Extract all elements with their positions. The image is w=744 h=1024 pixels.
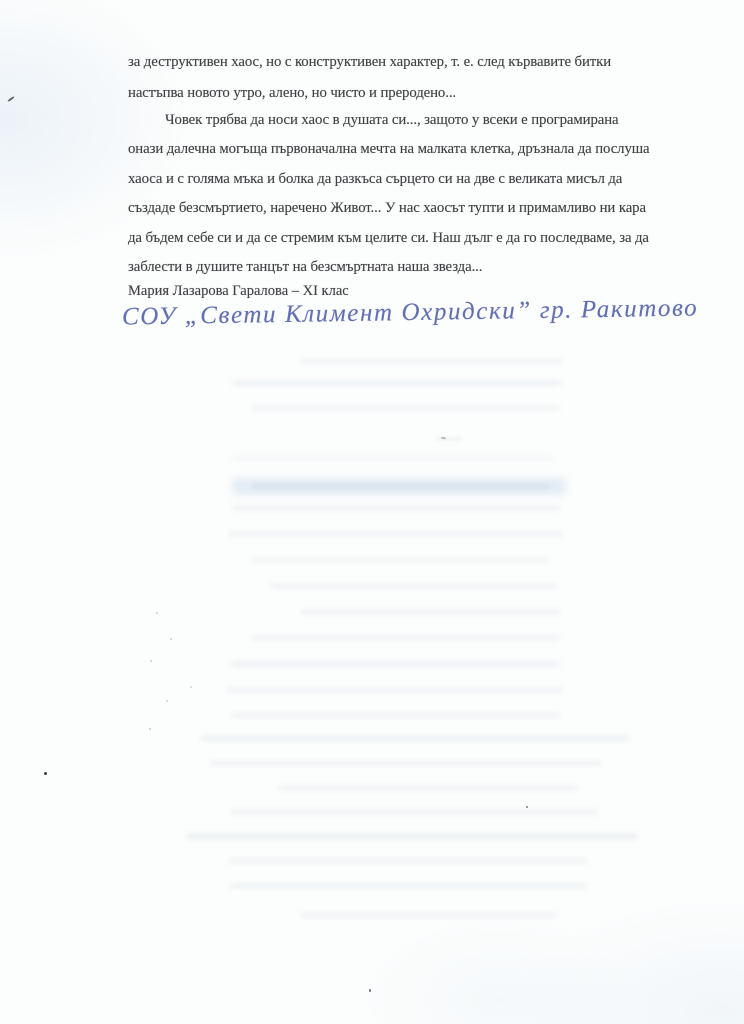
bleedthrough-line xyxy=(300,912,558,918)
typed-line: за деструктивен хаос, но с конструктивен… xyxy=(128,47,611,78)
bleedthrough-line xyxy=(200,735,630,741)
scan-speck xyxy=(190,686,192,688)
scan-speck xyxy=(149,728,151,730)
bleedthrough-line xyxy=(252,405,560,411)
handwritten-school-line: СОУ „Свети Климент Охридски” гр. Ракитов… xyxy=(122,294,699,331)
bleedthrough-line xyxy=(250,635,560,641)
bleedthrough-line xyxy=(228,858,588,864)
scan-speck xyxy=(166,700,168,702)
bleedthrough-line xyxy=(230,809,598,815)
bleedthrough-line xyxy=(232,380,562,386)
scan-speck xyxy=(156,612,158,614)
scan-speck xyxy=(441,437,446,439)
typed-line: да бъдем себе си и да се стремим към цел… xyxy=(128,224,650,253)
bleedthrough-line xyxy=(232,478,566,495)
scan-speck xyxy=(150,660,152,662)
bleedthrough-line xyxy=(300,609,560,615)
typed-line: Човек трябва да носи хаос в душата си...… xyxy=(128,106,650,135)
bleedthrough-line xyxy=(186,833,638,840)
scan-speck xyxy=(170,638,172,640)
bleedthrough-line xyxy=(230,883,588,889)
bleedthrough-line xyxy=(270,583,558,589)
scanned-document-page: за деструктивен хаос, но с конструктивен… xyxy=(0,0,744,1024)
bleedthrough-line xyxy=(210,760,602,766)
bleedthrough-line xyxy=(230,661,560,667)
bleedthrough-line xyxy=(250,557,550,563)
scan-speck xyxy=(526,806,528,808)
scan-speck xyxy=(369,989,371,992)
bleedthrough-line xyxy=(252,483,550,489)
bleedthrough-line xyxy=(436,437,462,441)
bleedthrough-line xyxy=(226,687,562,693)
bleedthrough-line xyxy=(228,531,562,537)
bleedthrough-line xyxy=(300,358,562,364)
bleedthrough-line xyxy=(232,505,560,511)
typed-line: настъпва новото утро, алено, но чисто и … xyxy=(128,78,611,109)
bleedthrough-line xyxy=(230,712,560,718)
paragraph-1: за деструктивен хаос, но с конструктивен… xyxy=(128,47,611,109)
scan-speck xyxy=(44,772,47,775)
bleedthrough-line xyxy=(232,455,554,461)
bleedthrough-line xyxy=(278,785,578,791)
typed-line: заблести в душите танцът на безсмъртната… xyxy=(128,253,650,282)
paragraph-2: Човек трябва да носи хаос в душата си...… xyxy=(128,106,650,282)
typed-line: създаде безсмъртието, наречено Живот... … xyxy=(128,194,650,223)
author-line: Мария Лазарова Гаралова – XI клас xyxy=(128,283,349,300)
typed-line: онази далечна могъща първоначална мечта … xyxy=(128,135,650,164)
scan-speck xyxy=(7,96,15,102)
typed-line: хаоса и с голяма мъка и болка да разкъса… xyxy=(128,165,650,194)
